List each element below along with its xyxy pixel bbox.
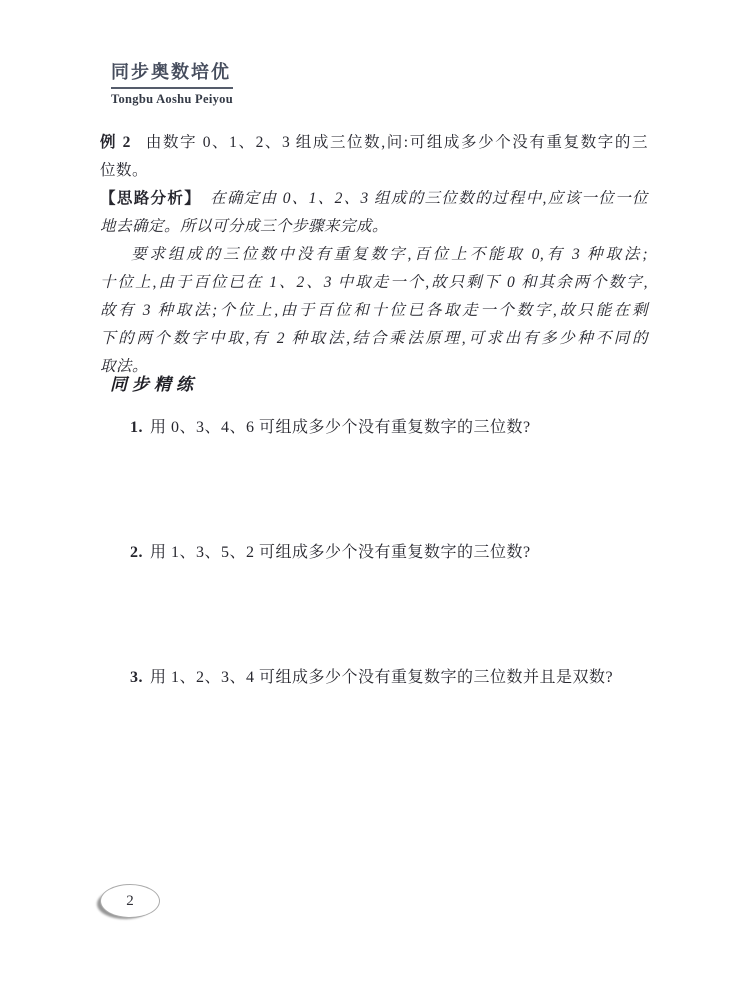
exercise-text: 用 1、2、3、4 可组成多少个没有重复数字的三位数并且是双数? (150, 669, 613, 686)
example-text: 由数字 0、1、2、3 组成三位数,问:可组成多少个没有重复数字的三 (145, 134, 648, 151)
analysis-text: 地去确定。所以可分成三个步骤来完成。 (100, 218, 388, 235)
exercise-text: 用 0、3、4、6 可组成多少个没有重复数字的三位数? (150, 419, 531, 436)
example-text: 位数。 (100, 162, 148, 179)
example-line-2: 位数。 (100, 157, 648, 185)
analysis-line-2: 地去确定。所以可分成三个步骤来完成。 (100, 213, 648, 241)
solution-line-4: 下的两个数字中取,有 2 种取法,结合乘法原理,可求出有多少种不同的 (100, 325, 648, 353)
main-text-block: 例 2由数字 0、1、2、3 组成三位数,问:可组成多少个没有重复数字的三 位数… (100, 129, 648, 381)
section-heading-tongbu-jinglian: 同步精练 (110, 371, 198, 399)
analysis-label: 【思路分析】 (100, 190, 201, 207)
solution-text: 故有 3 种取法;个位上,由于百位和十位已各取走一个数字,故只能在剩 (100, 302, 648, 319)
exercise-item-2: 2.用 1、3、5、2 可组成多少个没有重复数字的三位数? (130, 539, 670, 567)
exercise-number: 1. (130, 419, 143, 436)
solution-text: 下的两个数字中取,有 2 种取法,结合乘法原理,可求出有多少种不同的 (100, 330, 648, 347)
page-number-badge: 2 (100, 884, 160, 918)
solution-text: 十位上,由于百位已在 1、2、3 中取走一个,故只剩下 0 和其余两个数字, (100, 274, 648, 291)
solution-text: 要求组成的三位数中没有重复数字,百位上不能取 0,有 3 种取法; (131, 246, 648, 263)
solution-line-3: 故有 3 种取法;个位上,由于百位和十位已各取走一个数字,故只能在剩 (100, 297, 648, 325)
book-page: 同步奥数培优 Tongbu Aoshu Peiyou 例 2由数字 0、1、2、… (0, 0, 750, 1000)
book-title-pinyin: Tongbu Aoshu Peiyou (111, 92, 233, 107)
analysis-text: 在确定由 0、1、2、3 组成的三位数的过程中,应该一位一位 (210, 190, 648, 207)
analysis-line-1: 【思路分析】在确定由 0、1、2、3 组成的三位数的过程中,应该一位一位 (100, 185, 648, 213)
example-line-1: 例 2由数字 0、1、2、3 组成三位数,问:可组成多少个没有重复数字的三 (100, 129, 648, 157)
exercise-number: 2. (130, 544, 143, 561)
exercise-item-3: 3.用 1、2、3、4 可组成多少个没有重复数字的三位数并且是双数? (130, 664, 670, 692)
page-header: 同步奥数培优 Tongbu Aoshu Peiyou (111, 58, 233, 107)
book-title: 同步奥数培优 (111, 58, 233, 89)
exercise-item-1: 1.用 0、3、4、6 可组成多少个没有重复数字的三位数? (130, 414, 670, 442)
exercise-number: 3. (130, 669, 143, 686)
exercise-text: 用 1、3、5、2 可组成多少个没有重复数字的三位数? (150, 544, 531, 561)
example-label: 例 2 (100, 134, 131, 151)
solution-line-2: 十位上,由于百位已在 1、2、3 中取走一个,故只剩下 0 和其余两个数字, (100, 269, 648, 297)
page-number: 2 (126, 893, 134, 910)
solution-line-1: 要求组成的三位数中没有重复数字,百位上不能取 0,有 3 种取法; (100, 241, 648, 269)
